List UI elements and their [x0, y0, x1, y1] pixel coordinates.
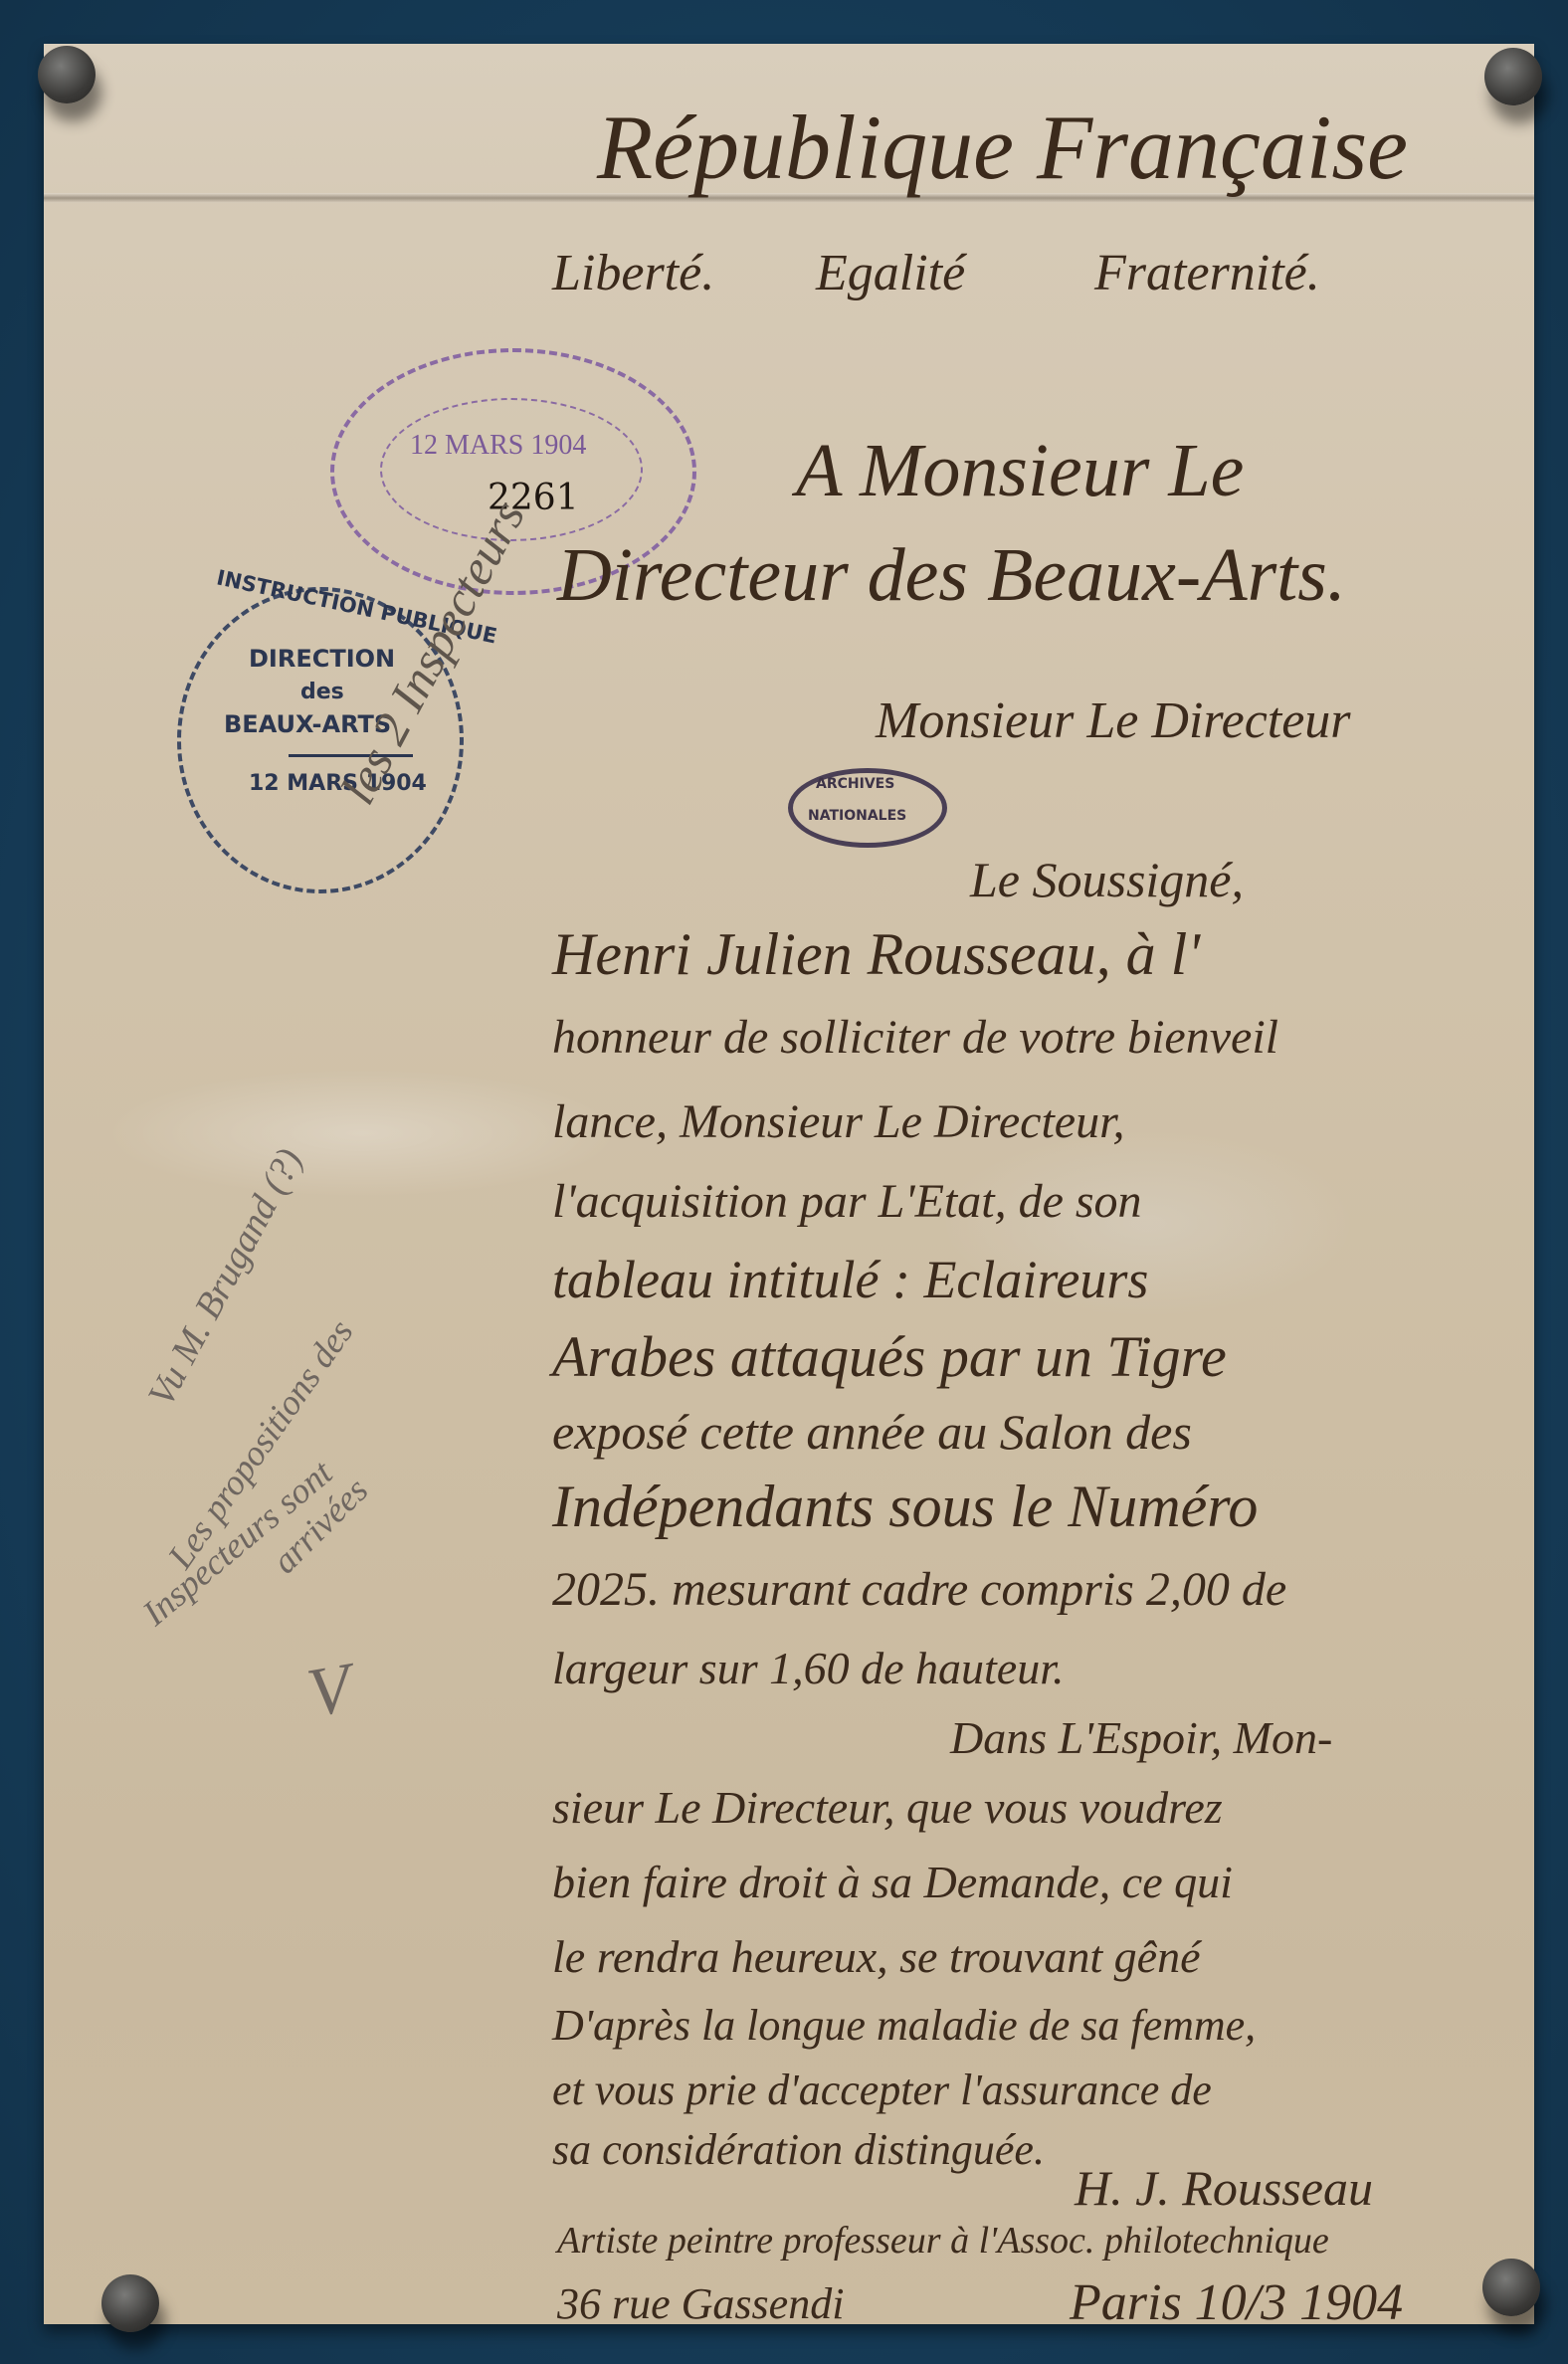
mounting-pin-icon: [101, 2274, 159, 2332]
salutation: Monsieur Le Directeur: [876, 691, 1351, 750]
body-line: bien faire droit à sa Demande, ce qui: [552, 1856, 1233, 1908]
body-line: Indépendants sous le Numéro: [552, 1473, 1258, 1541]
signature: H. J. Rousseau: [1075, 2159, 1373, 2217]
body-line: Le Soussigné,: [970, 851, 1244, 908]
body-line: Dans L'Espoir, Mon-: [950, 1711, 1332, 1764]
occupation-line: Artiste peintre professeur à l'Assoc. ph…: [557, 2219, 1329, 2263]
motto-egalite: Egalité: [816, 244, 965, 302]
mounting-pin-icon: [38, 46, 96, 103]
body-line: sa considération distinguée.: [552, 2124, 1045, 2175]
archives-stamp-line2: NATIONALES: [808, 808, 906, 824]
mounting-pin-icon: [1484, 48, 1542, 105]
body-line: Henri Julien Rousseau, à l': [552, 920, 1200, 989]
direction-stamp-line2: des: [300, 680, 344, 704]
glass-reflection: [103, 1069, 621, 1198]
body-line: et vous prie d'accepter l'assurance de: [552, 2065, 1212, 2115]
address-line-2: Directeur des Beaux-Arts.: [557, 532, 1346, 619]
body-line: largeur sur 1,60 de hauteur.: [552, 1642, 1065, 1694]
header-title: République Française: [597, 95, 1408, 200]
body-line: exposé cette année au Salon des: [552, 1403, 1192, 1461]
archives-stamp-line1: ARCHIVES: [816, 776, 894, 792]
body-line: Arabes attaqués par un Tigre: [552, 1323, 1227, 1390]
body-line: 2025. mesurant cadre compris 2,00 de: [552, 1562, 1286, 1617]
mounting-pin-icon: [1482, 2259, 1540, 2316]
sender-address: 36 rue Gassendi: [557, 2278, 844, 2329]
body-line: honneur de solliciter de votre bienveil: [552, 1010, 1278, 1065]
address-line-1: A Monsieur Le: [796, 428, 1244, 514]
body-line: tableau intitulé : Eclaireurs: [552, 1249, 1148, 1310]
motto-liberte: Liberté.: [552, 244, 714, 302]
direction-stamp-line1: DIRECTION: [249, 645, 395, 673]
place-date: Paris 10/3 1904: [1070, 2273, 1403, 2332]
registry-stamp-date: 12 MARS 1904: [410, 430, 586, 462]
body-line: lance, Monsieur Le Directeur,: [552, 1094, 1124, 1149]
body-line: sieur Le Directeur, que vous voudrez: [552, 1781, 1223, 1834]
body-line: l'acquisition par L'Etat, de son: [552, 1174, 1142, 1229]
motto-fraternite: Fraternité.: [1094, 244, 1320, 302]
body-line: D'après la longue maladie de sa femme,: [552, 2000, 1256, 2051]
body-line: le rendra heureux, se trouvant gêné: [552, 1930, 1200, 1983]
